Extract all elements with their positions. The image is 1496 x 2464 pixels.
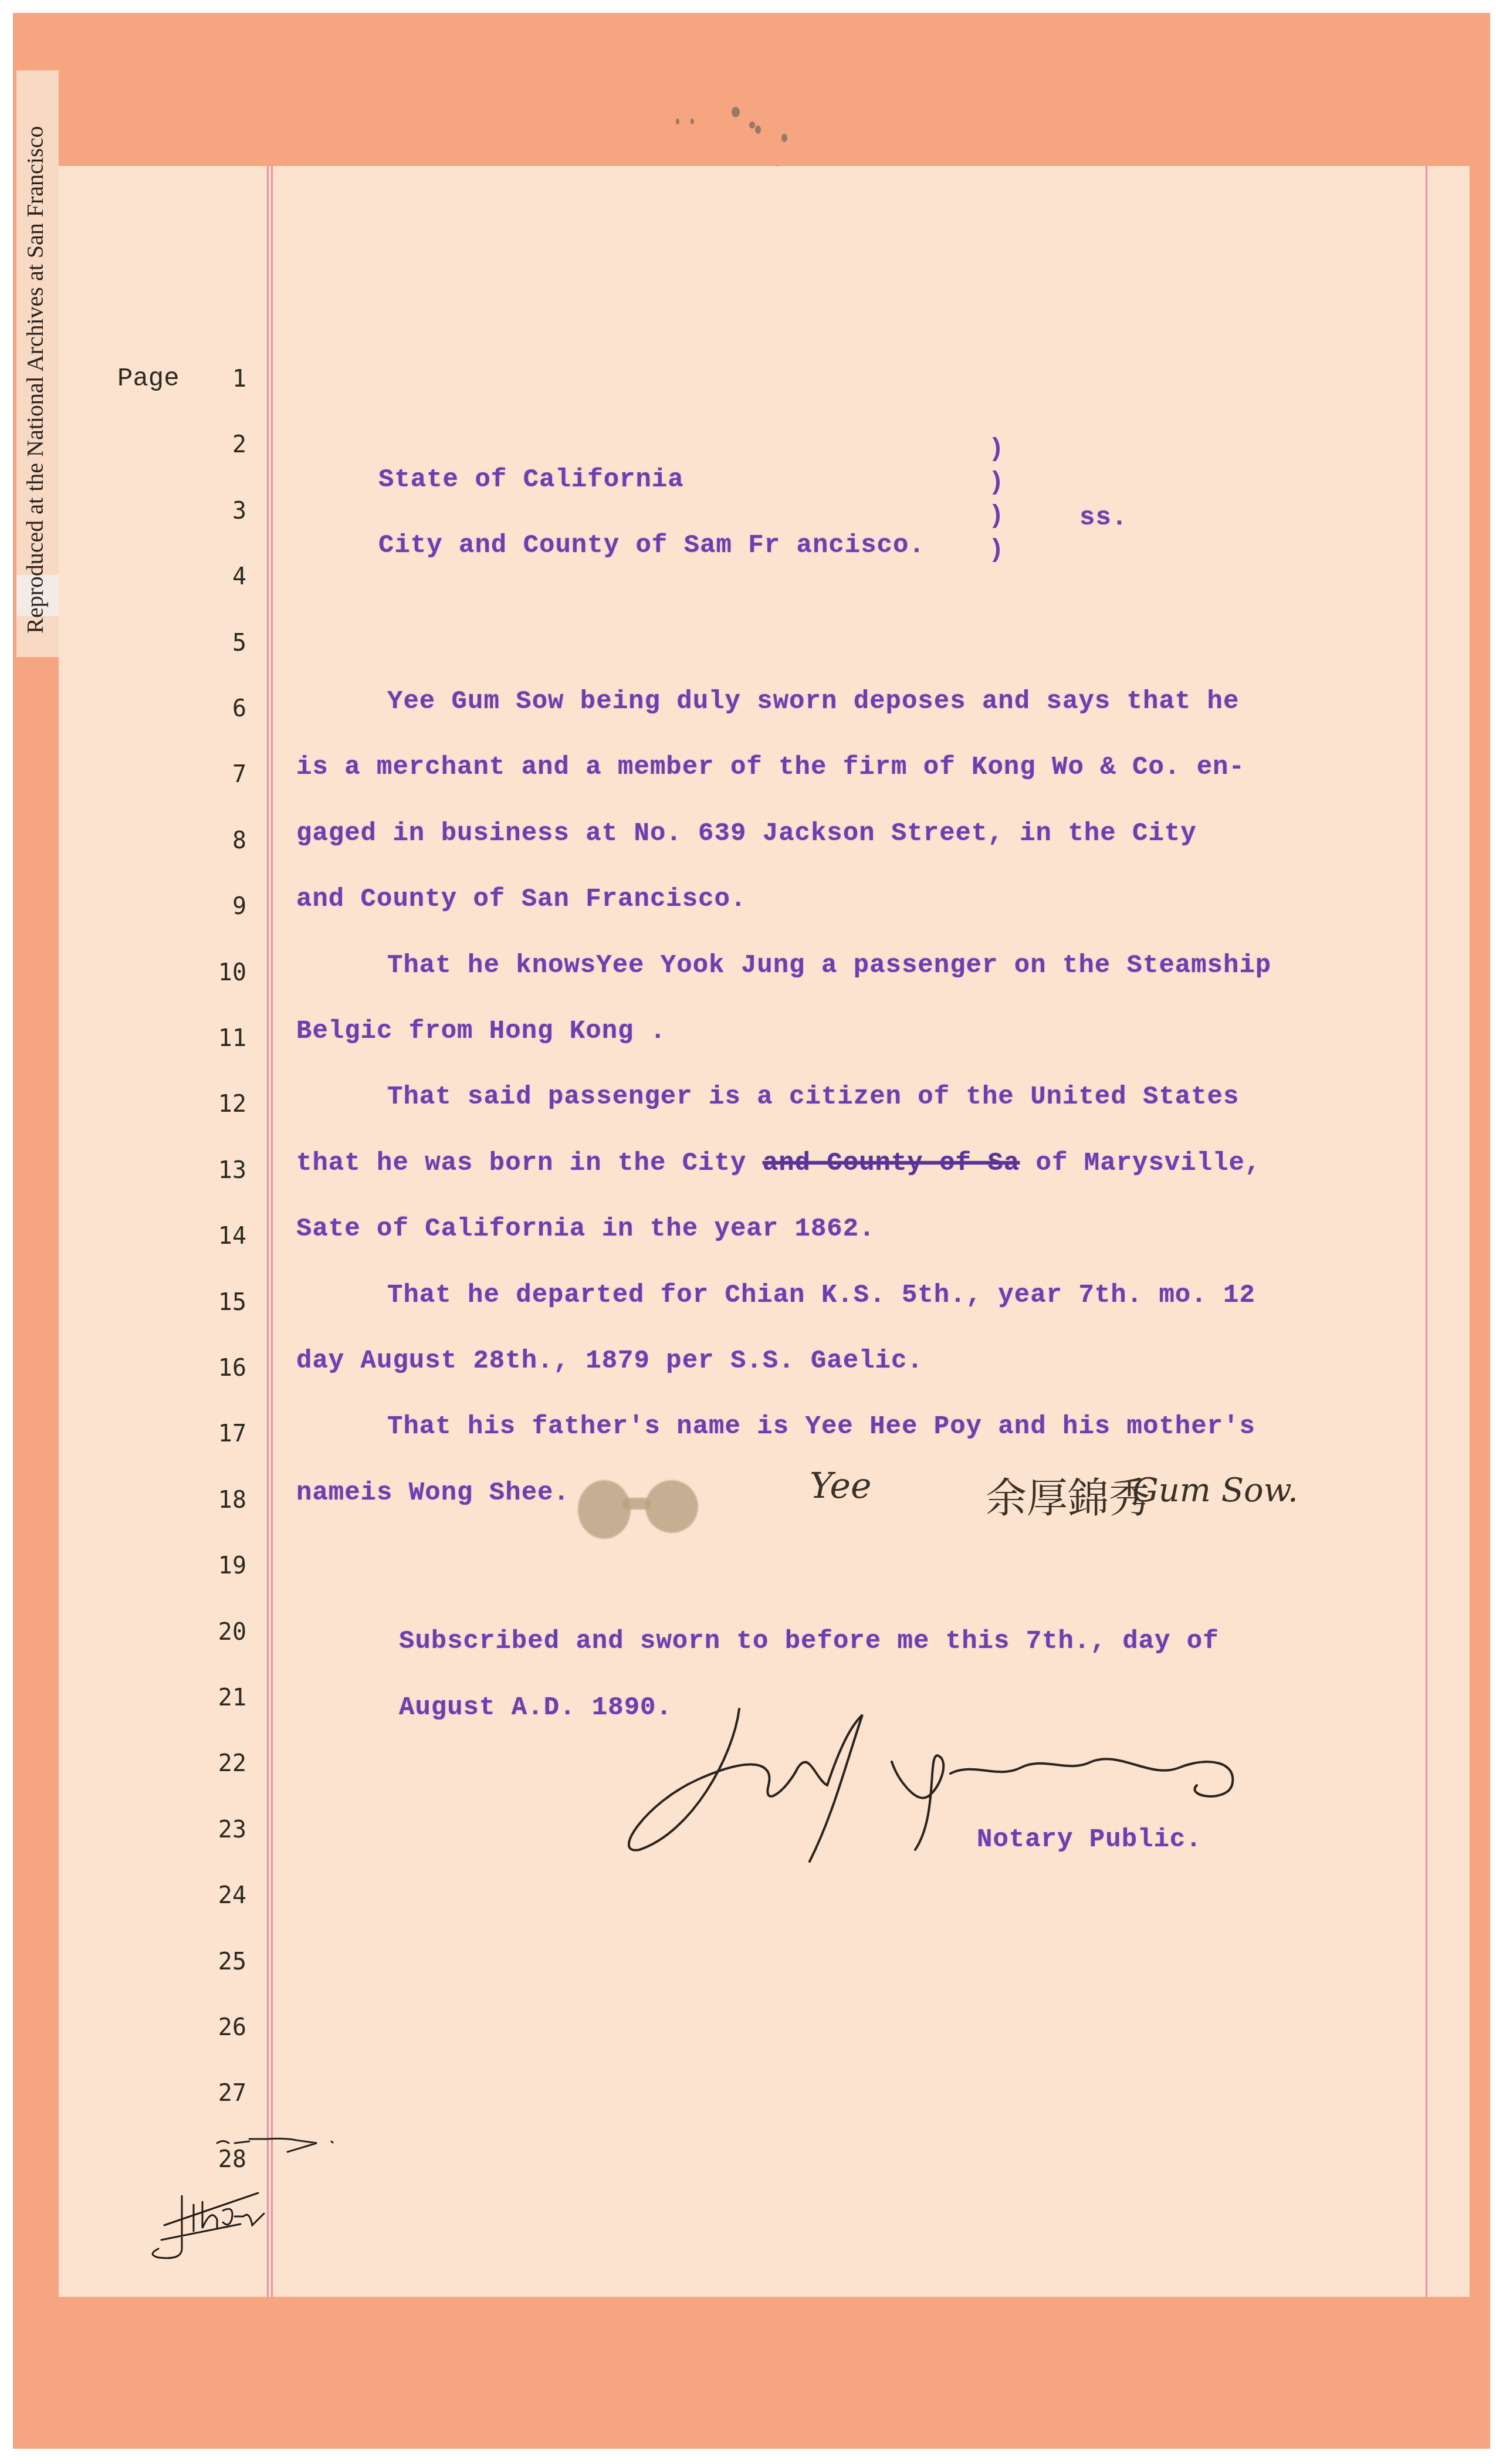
affidavit-line: and County of San Francisco. [296, 885, 746, 914]
caption-state: State of California [378, 465, 684, 495]
line-number: 5 [176, 629, 246, 656]
line-number: 19 [176, 1552, 246, 1579]
line-number: 20 [176, 1619, 246, 1646]
line-number: 9 [176, 893, 246, 920]
affiant-chinese-signature: 余厚錦秀 [986, 1465, 1150, 1525]
line-number: 23 [176, 1816, 246, 1843]
affidavit-line: That he knowsYee Yook Jung a passenger o… [387, 951, 1271, 980]
affidavit-line: that he was born in the City and County … [296, 1149, 1261, 1178]
line-number: 10 [176, 959, 246, 986]
line-number: 18 [176, 1487, 246, 1514]
ink-stain [578, 1480, 631, 1539]
ink-stain [645, 1480, 698, 1533]
affidavit-line: That said passenger is a citizen of the … [387, 1082, 1239, 1112]
line-number: 25 [176, 1948, 246, 1975]
struck-out-text: and County of Sa [763, 1149, 1020, 1178]
affidavit-line: That his father's name is Yee Hee Poy an… [387, 1412, 1255, 1441]
line-number: 15 [176, 1289, 246, 1316]
caption-bracket: ) [989, 468, 1004, 497]
caption-county: City and County of Sam Fr ancisco. [378, 531, 925, 560]
affidavit-line: nameis Wong Shee. [296, 1478, 570, 1508]
right-margin-rule [1426, 166, 1427, 2297]
page-label: Page [117, 364, 180, 394]
line-number: 26 [176, 2014, 246, 2041]
line-number: 16 [176, 1355, 246, 1382]
caption-bracket: ) [989, 502, 1004, 531]
affidavit-line: Yee Gum Sow being duly sworn deposes and… [387, 687, 1239, 716]
affidavit-line: Belgic from Hong Kong . [296, 1017, 666, 1046]
line-number: 2 [176, 431, 246, 458]
line-number: 22 [176, 1750, 246, 1777]
line-number: 24 [176, 1882, 246, 1909]
line-number: 6 [176, 695, 246, 722]
caption-bracket: ) [989, 435, 1004, 464]
line-number: 27 [176, 2080, 246, 2107]
affidavit-line: That he departed for Chian K.S. 5th., ye… [387, 1281, 1255, 1310]
legal-paper: Page 12345678910111213141516171819202122… [59, 166, 1470, 2297]
affidavit-line: Sate of California in the year 1862. [296, 1214, 875, 1244]
affidavit-line: is a merchant and a member of the firm o… [296, 753, 1245, 782]
line-number: 1 [176, 365, 246, 392]
line-number: 7 [176, 761, 246, 788]
line-number: 3 [176, 497, 246, 524]
archive-stamp: Reproduced at the National Archives at S… [18, 47, 53, 634]
notary-title: Notary Public. [977, 1825, 1202, 1854]
jurat-line-1: Subscribed and sworn to before me this 7… [399, 1627, 1219, 1656]
affidavit-line: gaged in business at No. 639 Jackson Str… [296, 819, 1197, 848]
caption-ss: ss. [1079, 503, 1128, 533]
line-number: 11 [176, 1025, 246, 1052]
line-number: 14 [176, 1223, 246, 1250]
affiant-given-name-handwritten: Gum Sow. [1132, 1471, 1298, 1509]
initials-mark [147, 2184, 276, 2260]
left-margin-rule [267, 166, 273, 2297]
line-number: 12 [176, 1091, 246, 1118]
line-number: 4 [176, 563, 246, 590]
line-number: 17 [176, 1420, 246, 1447]
line-number: 21 [176, 1684, 246, 1711]
caption-bracket: ) [989, 536, 1004, 565]
affiant-surname-handwritten: Yee [810, 1465, 871, 1507]
line-number: 8 [176, 827, 246, 854]
affidavit-line: day August 28th., 1879 per S.S. Gaelic. [296, 1346, 923, 1376]
staple-holes [670, 95, 846, 165]
arrow-mark [214, 2128, 349, 2164]
line-number: 13 [176, 1157, 246, 1184]
